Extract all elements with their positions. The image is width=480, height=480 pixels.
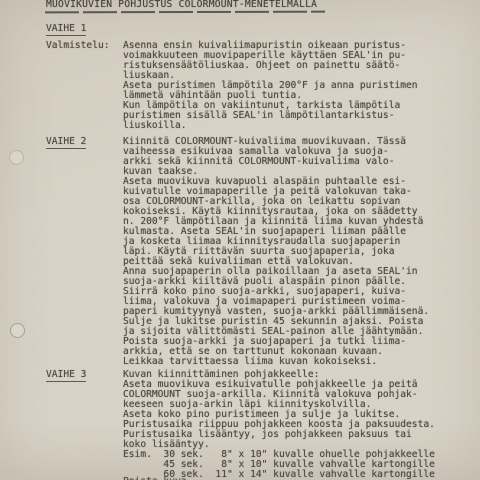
text-line: liuskoilla. [123,121,418,131]
section-heading-vaihe-3: VAIHE 3 [46,370,86,382]
section-vaihe-3-body: Kuvan kiinnittäminen pohjakkeelle:Aseta … [123,370,435,480]
section-heading-vaihe-2: VAIHE 2 [46,137,86,149]
section-vaihe-2-body: Kiinnitä COLORMOUNT-kuivaliima muovikuva… [123,137,429,367]
text-line: Leikkaa tarvittaessa liima kuvan kokoise… [123,357,429,367]
section-heading-vaihe-1: VAIHE 1 [46,24,86,36]
punch-hole-bottom [10,323,25,338]
punch-hole-top [9,150,24,165]
title-underline [45,11,325,14]
side-label-valmistelu: Valmistelu: [46,41,110,51]
section-heading-vaihe-2-wrap: VAIHE 2 [46,137,86,149]
section-vaihe-1-body: Asenna ensin kuivaliimapuristin oikeaan … [123,41,418,131]
section-heading-vaihe-3-wrap: VAIHE 3 [46,370,86,382]
document-title: MUOVIKUVIEN POHJUSTUS COLORMOUNT-MENETEL… [46,0,317,10]
section-vaihe-1-heading-wrap: VAIHE 1 [46,24,86,36]
document-page: MUOVIKUVIEN POHJUSTUS COLORMOUNT-MENETEL… [0,0,480,480]
